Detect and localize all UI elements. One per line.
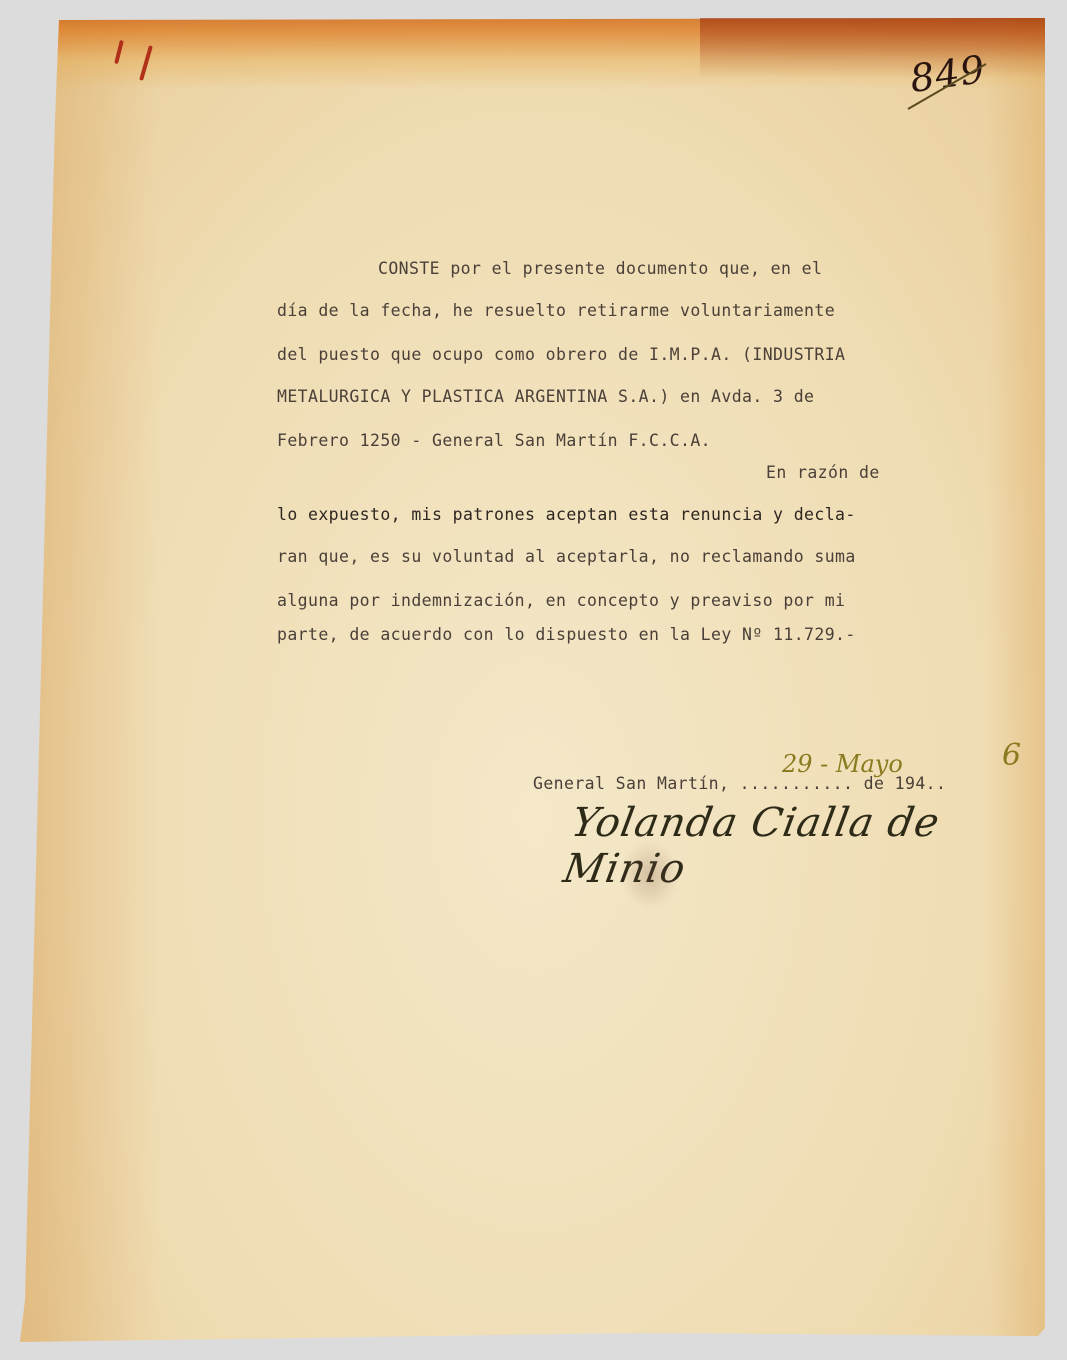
body-line: día de la fecha, he resuelto retirarme v… (277, 301, 835, 320)
handwritten-date: 29 - Mayo (782, 750, 903, 778)
body-line: parte, de acuerdo con lo dispuesto en la… (277, 625, 856, 644)
paper-sheet (0, 0, 1067, 1360)
body-line: lo expuesto, mis patrones aceptan esta r… (277, 505, 856, 524)
body-line: En razón de (766, 463, 880, 482)
body-line: alguna por indemnización, en concepto y … (277, 591, 845, 610)
ink-smudge (620, 840, 680, 910)
body-line: ran que, es su voluntad al aceptarla, no… (277, 547, 856, 566)
handwritten-year-digit: 6 (1002, 738, 1021, 773)
body-line: CONSTE por el presente documento que, en… (378, 259, 822, 278)
document-scan: 849 CONSTE por el presente documento que… (0, 0, 1067, 1360)
body-line: METALURGICA Y PLASTICA ARGENTINA S.A.) e… (277, 387, 814, 406)
body-line: Febrero 1250 - General San Martín F.C.C.… (277, 431, 711, 450)
body-line: del puesto que ocupo como obrero de I.M.… (277, 345, 845, 364)
